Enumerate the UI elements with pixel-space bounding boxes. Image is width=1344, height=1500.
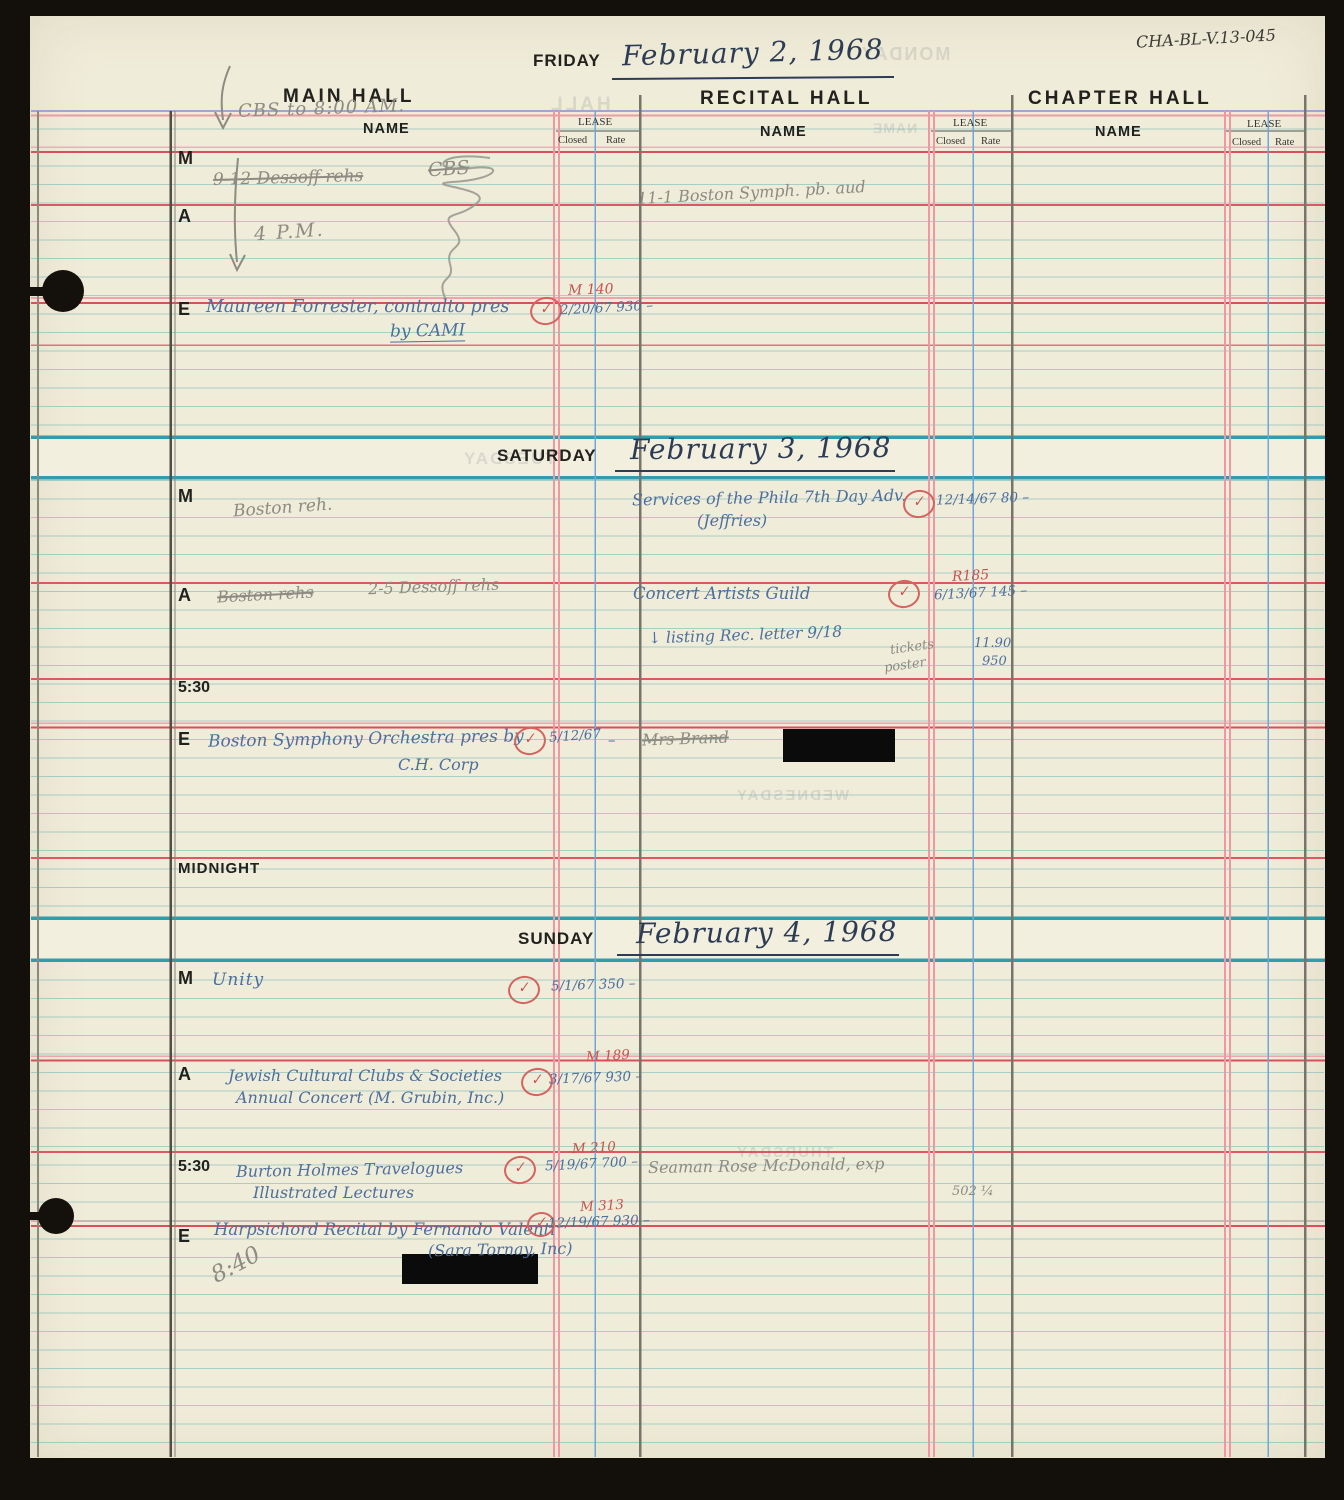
sunday-row-m: M	[178, 968, 193, 989]
closed-header-chapter: Closed	[1232, 137, 1261, 148]
saturday-row-a: A	[178, 585, 191, 606]
punch-hole-slot	[30, 287, 48, 296]
rate-header-chapter: Rate	[1275, 137, 1294, 148]
date-underline	[617, 954, 899, 956]
name-column-header-recital: NAME	[760, 124, 807, 140]
pencil-scribble	[400, 148, 510, 308]
ledger-grid	[0, 0, 1344, 1500]
closed-header-recital: Closed	[936, 136, 965, 147]
saturday-recital-amount-1: 11.90	[974, 636, 1011, 651]
saturday-recital-afternoon-entry: Concert Artists Guild	[633, 584, 810, 603]
lease-header-chapter: LEASE	[1247, 118, 1281, 130]
name-column-header-chapter: NAME	[1095, 124, 1142, 140]
lease-header-main: LEASE	[578, 116, 612, 128]
chapter-hall-header: CHAPTER HALL	[1028, 88, 1212, 110]
sunday-row-a: A	[178, 1064, 191, 1085]
friday-row-m: M	[178, 148, 193, 169]
sunday-main-530-entry-2: Illustrated Lectures	[253, 1183, 414, 1202]
friday-label: FRIDAY	[533, 51, 601, 71]
saturday-recital-evening-struck: Mrs Brand	[642, 727, 729, 749]
saturday-main-lease-dash: –	[608, 731, 616, 749]
sunday-main-morning-entry: Unity	[212, 970, 264, 990]
bleedthrough-text: NAME	[872, 120, 917, 136]
punch-hole	[42, 270, 84, 312]
sunday-m-lease-date: 5/1/67 350 –	[551, 976, 636, 995]
name-column-header-main: NAME	[363, 121, 410, 137]
sunday-main-afternoon-entry-2: Annual Concert (M. Grubin, Inc.)	[236, 1088, 504, 1107]
saturday-row-e: E	[178, 729, 190, 750]
punch-hole-slot	[30, 1212, 44, 1220]
friday-main-evening-entry-2: by CAMI	[390, 320, 466, 342]
saturday-recital-m-lease-date: 12/14/67 80 –	[936, 489, 1030, 508]
saturday-label: SATURDAY	[497, 446, 597, 466]
sunday-date-handwritten: February 4, 1968	[636, 915, 898, 950]
saturday-recital-morning-entry-2: (Jeffries)	[697, 511, 767, 530]
arrow-down-icon	[228, 158, 252, 280]
rate-header-recital: Rate	[981, 136, 1000, 147]
scanned-ledger-page: MONDAY HALL NAME TUESDAY WEDNESDAY THURS…	[0, 0, 1344, 1500]
friday-row-a: A	[178, 206, 191, 227]
saturday-recital-amount-2: 950	[982, 654, 1007, 669]
rate-header-main: Rate	[606, 135, 625, 146]
friday-main-evening-entry: Maureen Forrester, contralto pres	[206, 297, 509, 317]
saturday-date-handwritten: February 3, 1968	[630, 431, 892, 466]
redaction-box	[783, 729, 895, 762]
bleedthrough-text: WEDNESDAY	[735, 787, 849, 804]
sunday-main-afternoon-entry: Jewish Cultural Clubs & Societies	[228, 1066, 502, 1085]
sunday-a-lease-date: 3/17/67 930 –	[549, 1068, 643, 1087]
sunday-label: SUNDAY	[518, 929, 594, 949]
saturday-main-evening-entry-2: C.H. Corp	[398, 755, 479, 774]
date-underline	[615, 470, 895, 472]
lease-header-recital: LEASE	[953, 117, 987, 129]
sunday-row-530: 5:30	[178, 1158, 210, 1176]
closed-header-main: Closed	[558, 135, 587, 146]
sunday-a-lease-code: M 189	[586, 1047, 631, 1065]
recital-hall-header: RECITAL HALL	[700, 88, 873, 110]
sunday-main-evening-entry: Harpsichord Recital by Fernando Valenti	[214, 1220, 556, 1239]
friday-row-e: E	[178, 299, 190, 320]
sunday-main-530-entry: Burton Holmes Travelogues	[236, 1158, 463, 1181]
saturday-row-m: M	[178, 486, 193, 507]
saturday-row-530: 5:30	[178, 679, 210, 697]
sunday-recital-530-entry-2: 502 ¼	[952, 1184, 994, 1199]
bleedthrough-text: HALL	[548, 94, 611, 116]
saturday-row-midnight: MIDNIGHT	[178, 860, 260, 877]
sunday-main-evening-entry-2: (Sara Tornay, Inc)	[428, 1239, 573, 1261]
friday-lease-code: M 140	[568, 281, 614, 299]
arrow-down-icon	[212, 64, 238, 138]
saturday-recital-lease-code: R185	[952, 567, 990, 585]
friday-date-handwritten: February 2, 1968	[622, 33, 884, 73]
sunday-row-e: E	[178, 1226, 190, 1247]
